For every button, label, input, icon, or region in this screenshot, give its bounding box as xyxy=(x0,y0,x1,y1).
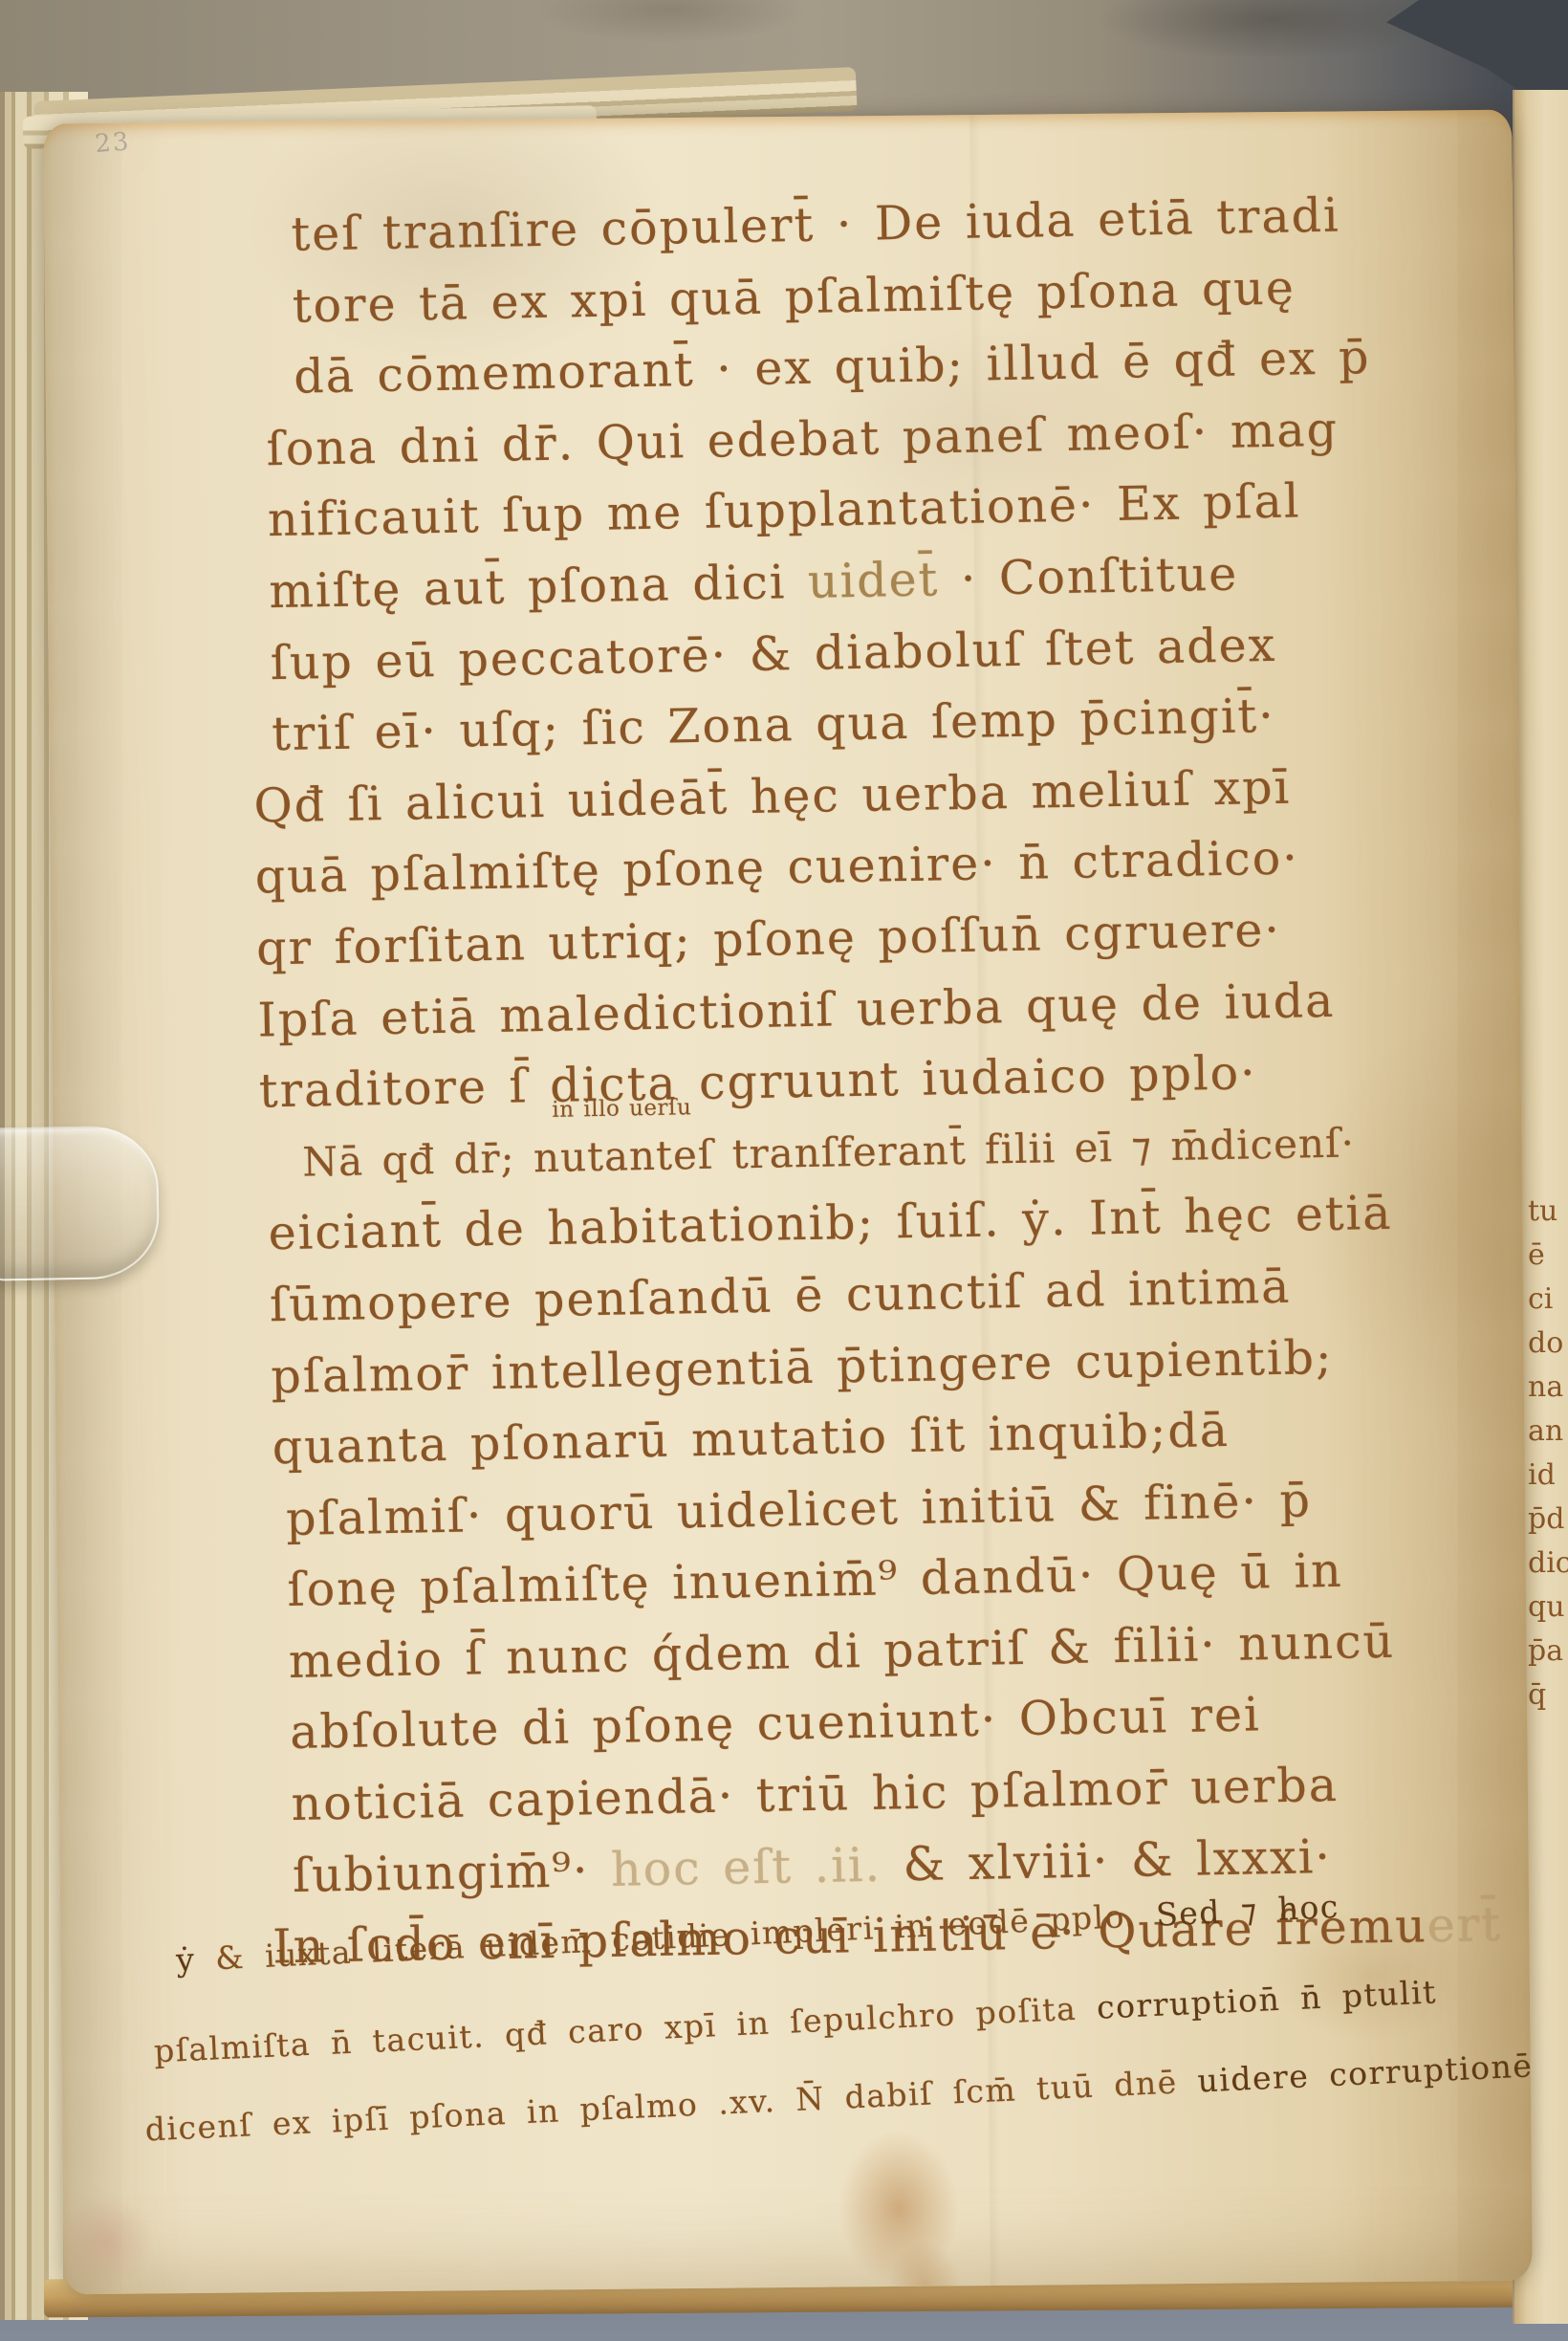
facing-page-fragment: tu xyxy=(1528,1190,1568,1234)
text-segment: abſolute di pſonę cueniunt· Obcuī rei xyxy=(290,1688,1261,1761)
text-segment: ſubiungim̄⁹· xyxy=(292,1843,611,1903)
facing-page-fragment: p̄d xyxy=(1528,1498,1568,1542)
text-segment: eiciant̄ de habitationib; ſuiſ. ẏ. Int̄ … xyxy=(268,1186,1393,1261)
text-segment: ſonę pſalmiſtę inuenim̄⁹ dandū· Quę ū in xyxy=(287,1543,1343,1617)
text-segment: Nā qđ dr̄; nutanteſ tranſferant̄ filii e… xyxy=(302,1119,1355,1185)
page-holder-clip xyxy=(0,1125,160,1280)
text-segment: medio ſ̄ nunc q́dem di patriſ & filii· n… xyxy=(288,1614,1395,1689)
text-segment: ert̄ xyxy=(1426,1897,1502,1953)
text-segment: · Conſtitue xyxy=(939,547,1239,607)
text-segment: ſup eū peccatorē· & diaboluſ ſtet adex xyxy=(270,617,1276,689)
text-segment: triſ eī· uſq; ſic Zona qua ſemp p̄cingit… xyxy=(272,689,1276,761)
text-segment: in illo uerſu xyxy=(552,1097,691,1122)
folio-number: 23 xyxy=(94,127,131,159)
text-segment: pſalmiſ· quorū uidelicet initiū & finē· … xyxy=(286,1473,1313,1546)
text-segment: ſūmopere penſandū ē cunctiſ ad intimā xyxy=(270,1259,1292,1333)
facing-page-fragment: p̄a xyxy=(1528,1630,1568,1674)
text-segment: uidere corruptionē xyxy=(1197,2046,1533,2099)
text-segment: pſalmiſta n̄ tacuit. qđ caro xpī in ſepu… xyxy=(153,1989,1098,2070)
text-segment: uidet̄ xyxy=(807,552,939,609)
manuscript-photo-scene: tuēcidonaanidp̄ddicqup̄aq̄ 23 teſ tranſi… xyxy=(0,0,1568,2341)
facing-page-fragment: q̄ xyxy=(1528,1674,1568,1717)
addendum-line: dicenſ ex ipſī pſona in pſalmo .xv. N̄ d… xyxy=(144,2049,1533,2145)
facing-page-fragment: ci xyxy=(1528,1278,1568,1322)
text-segment: miſtę aut̄ pſona dici xyxy=(269,555,809,619)
text-segment: ſona dni dr̄. Qui edebat paneſ meoſ· mag xyxy=(266,402,1339,476)
facing-page-fragment: dic xyxy=(1528,1542,1568,1586)
text-segment: hoc eſt .ii. xyxy=(611,1837,882,1896)
text-segment: tore tā ex xpi quā pſalmiſtę pſona quę xyxy=(292,260,1296,333)
manuscript-text-block: teſ tranſire cōpulert̄ · De iuda etiā tr… xyxy=(44,177,1533,1987)
facing-page-fragment: an xyxy=(1528,1410,1568,1454)
text-segment: Qđ ſi alicui uideāt̄ hęc uerba meliuſ xp… xyxy=(253,759,1292,833)
text-segment: teſ tranſire cōpulert̄ · De iuda etiā tr… xyxy=(291,188,1340,262)
facing-page-fragment: qu xyxy=(1528,1586,1568,1630)
text-segment: dicenſ ex ipſī pſona in pſalmo .xv. N̄ d… xyxy=(144,2063,1198,2149)
text-segment: & xlviii· & lxxxi· xyxy=(882,1829,1333,1892)
facing-page-text-fragments: tuēcidonaanidp̄ddicqup̄aq̄ xyxy=(1528,1190,1568,1717)
text-segment: dā cōmemorant̄ · ex quib; illud ē qđ ex … xyxy=(294,330,1371,405)
text-segment: pſalmor̄ intellegentiā p̄tingere cupient… xyxy=(271,1329,1334,1403)
text-segment: corruption̄ n̄ ptulit xyxy=(1096,1973,1437,2025)
facing-page-fragment: do xyxy=(1528,1322,1568,1366)
text-segment: noticiā capiendā· triū hic pſalmor̄ uerb… xyxy=(291,1758,1339,1831)
text-segment: Ipſa etiā maledictioniſ uerba quę de iud… xyxy=(257,973,1336,1047)
text-segment: traditore ſ̄ dicta cgruunt iudaico pplo· xyxy=(258,1045,1257,1118)
facing-page-fragment: id xyxy=(1528,1454,1568,1498)
manuscript-page: 23 teſ tranſire cōpulert̄ · De iuda etiā… xyxy=(43,110,1533,2295)
addendum-line: pſalmiſta n̄ tacuit. qđ caro xpī in ſepu… xyxy=(153,1976,1437,2067)
facing-page-fragment: ē xyxy=(1528,1234,1568,1278)
text-segment: quā pſalmiſtę pſonę cuenire· n̄ ctradico… xyxy=(254,831,1299,905)
text-segment: quanta pſonarū mutatio ſit inquib;dā xyxy=(272,1403,1230,1475)
text-segment: nificauit ſup me ſupplantationē· Ex pſal xyxy=(268,474,1301,548)
text-segment: ẏ xyxy=(175,1939,216,1979)
facing-page-fragment: na xyxy=(1528,1366,1568,1410)
text-segment: qr forſitan utriq; pſonę poſſun̄ cgruere… xyxy=(256,903,1282,976)
